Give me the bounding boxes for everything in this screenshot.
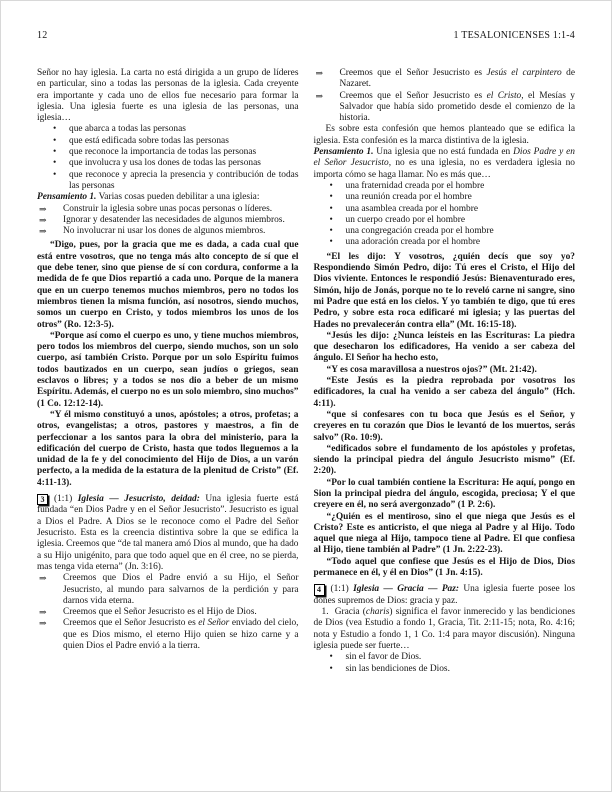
arrow-item: ⇒Ignorar y desatender las necesidades de…	[37, 215, 299, 226]
scripture-quote: “Y es cosa maravillosa a nuestros ojos?”…	[314, 365, 576, 376]
arrow-list: ⇒Creemos que el Señor Jesucristo es Jesú…	[314, 68, 576, 124]
text-segment: “El les dijo: Y vosotros, ¿quién decís q…	[314, 252, 576, 330]
bullet-item: •que reconoce y aprecia la presencia y c…	[37, 170, 299, 193]
arrow-icon: ⇒	[39, 573, 46, 584]
bullet-item: •que abarca a todas las personas	[37, 124, 299, 135]
text-segment: Es sobre esta confesión que hemos plante…	[314, 124, 576, 145]
text-segment: (1:1)	[331, 584, 354, 594]
paragraph: Señor no hay iglesia. La carta no está d…	[37, 68, 299, 124]
section-number-box: 4	[314, 584, 325, 596]
arrow-item: ⇒Creemos que Dios el Padre envió a su Hi…	[37, 573, 299, 607]
list-item-text: sin las bendiciones de Dios.	[346, 664, 450, 674]
text-segment: “¿Quién es el mentiroso, sino el que nie…	[314, 512, 576, 556]
section-number-box: 3	[37, 494, 48, 506]
list-item-text: una asamblea creada por el hombre	[346, 204, 479, 214]
text-segment: “Porque así como el cuerpo es uno, y tie…	[37, 331, 299, 409]
scripture-quote: “que si confesares con tu boca que Jesús…	[314, 410, 576, 444]
bullet-icon: •	[330, 204, 333, 215]
text-segment: 1. Gracia (	[322, 607, 366, 617]
list-item-text: que reconoce la importancia de todas las…	[69, 147, 256, 157]
list-item-text: que involucra y usa los dones de todas l…	[69, 158, 261, 168]
scripture-quote: “Todo aquel que confiese que Jesús es el…	[314, 557, 576, 580]
text-segment: el Cristo,	[487, 91, 524, 101]
text-segment: (1:1)	[54, 494, 78, 504]
scripture-quote: “¿Quién es el mentiroso, sino el que nie…	[314, 512, 576, 557]
bullet-list: •una fraternidad creada por el hombre•un…	[314, 181, 576, 249]
list-item-text: Construir la iglesia sobre unas pocas pe…	[63, 204, 272, 214]
bullet-list: •que abarca a todas las personas•que est…	[37, 124, 299, 192]
bullet-item: •sin el favor de Dios.	[314, 652, 576, 663]
scripture-quote: “Porque así como el cuerpo es uno, y tie…	[37, 331, 299, 410]
text-segment: “Todo aquel que confiese que Jesús es el…	[314, 557, 576, 578]
bullet-item: •un cuerpo creado por el hombre	[314, 215, 576, 226]
bullet-icon: •	[330, 192, 333, 203]
bullet-icon: •	[330, 226, 333, 237]
text-segment: Pensamiento 1.	[37, 192, 96, 202]
text-segment: Iglesia — Jesucristo, deidad:	[78, 494, 200, 504]
section-paragraph: 3(1:1) Iglesia — Jesucristo, deidad: Una…	[37, 494, 299, 573]
text-segment: Una iglesia fuerte está fundada “en Dios…	[37, 494, 299, 572]
arrow-item: ⇒Creemos que el Señor Jesucristo es el C…	[314, 91, 576, 125]
list-item-text: una congregación creada por el hombre	[346, 226, 494, 236]
scripture-quote: “Por lo cual también contiene la Escritu…	[314, 478, 576, 512]
text-segment: Jesús el carpintero	[486, 68, 561, 78]
scripture-quote: “El les dijo: Y vosotros, ¿quién decís q…	[314, 252, 576, 331]
list-item-text: Creemos que Dios el Padre envió a su Hij…	[63, 573, 299, 606]
list-item-text: que está edificada sobre todas las perso…	[69, 136, 229, 146]
text-segment: “Y él mismo constituyó a unos, apóstoles…	[37, 410, 299, 488]
bullet-icon: •	[330, 664, 333, 675]
list-item-text: una reunión creada por el hombre	[346, 192, 472, 202]
text-segment: “Jesús les dijo: ¿Nunca leísteis en las …	[314, 331, 576, 364]
list-item-text: Creemos que el Señor Jesucristo es el Se…	[63, 618, 299, 651]
bullet-icon: •	[53, 124, 56, 135]
text-segment: Ignorar y desatender las necesidades de …	[63, 215, 285, 225]
bullet-icon: •	[53, 158, 56, 169]
text-segment: “que si confesares con tu boca que Jesús…	[314, 410, 576, 443]
bullet-item: •una reunión creada por el hombre	[314, 192, 576, 203]
list-item-text: sin el favor de Dios.	[346, 652, 422, 662]
running-head: 1 TESALONICENSES 1:1-4	[454, 30, 575, 41]
list-item-text: Creemos que el Señor Jesucristo es Jesús…	[340, 68, 575, 89]
list-item-text: No involucrar ni usar los dones de algun…	[63, 226, 265, 236]
scripture-quote: “Digo, pues, por la gracia que me es dad…	[37, 240, 299, 330]
text-segment: “Este Jesús es la piedra reprobada por v…	[314, 376, 576, 409]
text-segment: el Señor	[198, 618, 229, 628]
bullet-item: •que involucra y usa los dones de todas …	[37, 158, 299, 169]
bullet-icon: •	[330, 237, 333, 248]
text-segment: “Digo, pues, por la gracia que me es dad…	[37, 240, 299, 329]
numbered-paragraph: 1. Gracia (charis) significa el favor in…	[314, 607, 576, 652]
list-item-text: Ignorar y desatender las necesidades de …	[63, 215, 285, 225]
arrow-list: ⇒Construir la iglesia sobre unas pocas p…	[37, 204, 299, 238]
text-segment: Una iglesia que no está fundada en	[373, 147, 513, 157]
arrow-item: ⇒Construir la iglesia sobre unas pocas p…	[37, 204, 299, 215]
bullet-list: •sin el favor de Dios.•sin las bendicion…	[314, 652, 576, 675]
bullet-icon: •	[330, 215, 333, 226]
bullet-icon: •	[53, 136, 56, 147]
text-segment: Pensamiento 1.	[314, 147, 374, 157]
text-segment: Varias cosas pueden debilitar a una igle…	[96, 192, 259, 202]
arrow-icon: ⇒	[316, 68, 323, 79]
bullet-item: •una asamblea creada por el hombre	[314, 204, 576, 215]
text-segment: Señor no hay iglesia. La carta no está d…	[37, 68, 299, 123]
arrow-icon: ⇒	[39, 618, 46, 629]
bullet-icon: •	[53, 147, 56, 158]
page-body: Señor no hay iglesia. La carta no está d…	[1, 41, 611, 675]
bullet-item: •sin las bendiciones de Dios.	[314, 664, 576, 675]
list-item-text: Creemos que el Señor Jesucristo es el Hi…	[63, 607, 257, 617]
arrow-item: ⇒Creemos que el Señor Jesucristo es el H…	[37, 607, 299, 618]
document-page: 12 1 TESALONICENSES 1:1-4 Señor no hay i…	[0, 0, 612, 792]
arrow-item: ⇒Creemos que el Señor Jesucristo es el S…	[37, 618, 299, 652]
arrow-icon: ⇒	[39, 215, 46, 226]
arrow-item: ⇒Creemos que el Señor Jesucristo es Jesú…	[314, 68, 576, 91]
text-segment: charis	[366, 607, 389, 617]
bullet-item: •que reconoce la importancia de todas la…	[37, 147, 299, 158]
arrow-icon: ⇒	[39, 204, 46, 215]
bullet-icon: •	[53, 170, 56, 181]
page-number: 12	[37, 30, 47, 41]
thought-paragraph: Pensamiento 1. Una iglesia que no está f…	[314, 147, 576, 181]
list-item-text: Creemos que el Señor Jesucristo es el Cr…	[340, 91, 576, 124]
bullet-item: •una congregación creada por el hombre	[314, 226, 576, 237]
bullet-item: •una adoración creada por el hombre	[314, 237, 576, 248]
left-column: Señor no hay iglesia. La carta no está d…	[37, 68, 299, 675]
arrow-list: ⇒Creemos que Dios el Padre envió a su Hi…	[37, 573, 299, 652]
bullet-icon: •	[330, 181, 333, 192]
list-item-text: un cuerpo creado por el hombre	[346, 215, 465, 225]
text-segment: Creemos que Dios el Padre envió a su Hij…	[63, 573, 299, 606]
arrow-icon: ⇒	[316, 91, 323, 102]
text-segment: Construir la iglesia sobre unas pocas pe…	[63, 204, 272, 214]
text-segment: Creemos que el Señor Jesucristo es el Hi…	[63, 607, 257, 617]
list-item-text: una adoración creada por el hombre	[346, 237, 481, 247]
text-segment: “Por lo cual también contiene la Escritu…	[314, 478, 576, 511]
section-paragraph: 4(1:1) Iglesia — Gracia — Paz: Una igles…	[314, 584, 576, 607]
arrow-item: ⇒No involucrar ni usar los dones de algu…	[37, 226, 299, 237]
arrow-icon: ⇒	[39, 607, 46, 618]
scripture-quote: “edificados sobre el fundamento de los a…	[314, 444, 576, 478]
text-segment: “Y es cosa maravillosa a nuestros ojos?”…	[327, 365, 537, 375]
bullet-icon: •	[330, 652, 333, 663]
thought-paragraph: Pensamiento 1. Varias cosas pueden debil…	[37, 192, 299, 203]
text-segment: Creemos que el Señor Jesucristo es	[340, 68, 487, 78]
bullet-item: •una fraternidad creada por el hombre	[314, 181, 576, 192]
list-item-text: una fraternidad creada por el hombre	[346, 181, 485, 191]
scripture-quote: “Este Jesús es la piedra reprobada por v…	[314, 376, 576, 410]
text-segment: “edificados sobre el fundamento de los a…	[314, 444, 576, 477]
text-segment: Creemos que el Señor Jesucristo es	[340, 91, 487, 101]
list-item-text: que abarca a todas las personas	[69, 124, 186, 134]
arrow-icon: ⇒	[39, 226, 46, 237]
list-item-text: que reconoce y aprecia la presencia y co…	[69, 170, 299, 191]
page-header: 12 1 TESALONICENSES 1:1-4	[1, 1, 611, 41]
bullet-item: •que está edificada sobre todas las pers…	[37, 136, 299, 147]
right-column: ⇒Creemos que el Señor Jesucristo es Jesú…	[314, 68, 576, 675]
scripture-quote: “Jesús les dijo: ¿Nunca leísteis en las …	[314, 331, 576, 365]
text-segment: Iglesia — Gracia — Paz:	[353, 584, 459, 594]
text-segment: No involucrar ni usar los dones de algun…	[63, 226, 265, 236]
scripture-quote: “Y él mismo constituyó a unos, apóstoles…	[37, 410, 299, 489]
text-segment: Creemos que el Señor Jesucristo es	[63, 618, 198, 628]
paragraph: Es sobre esta confesión que hemos plante…	[314, 124, 576, 147]
